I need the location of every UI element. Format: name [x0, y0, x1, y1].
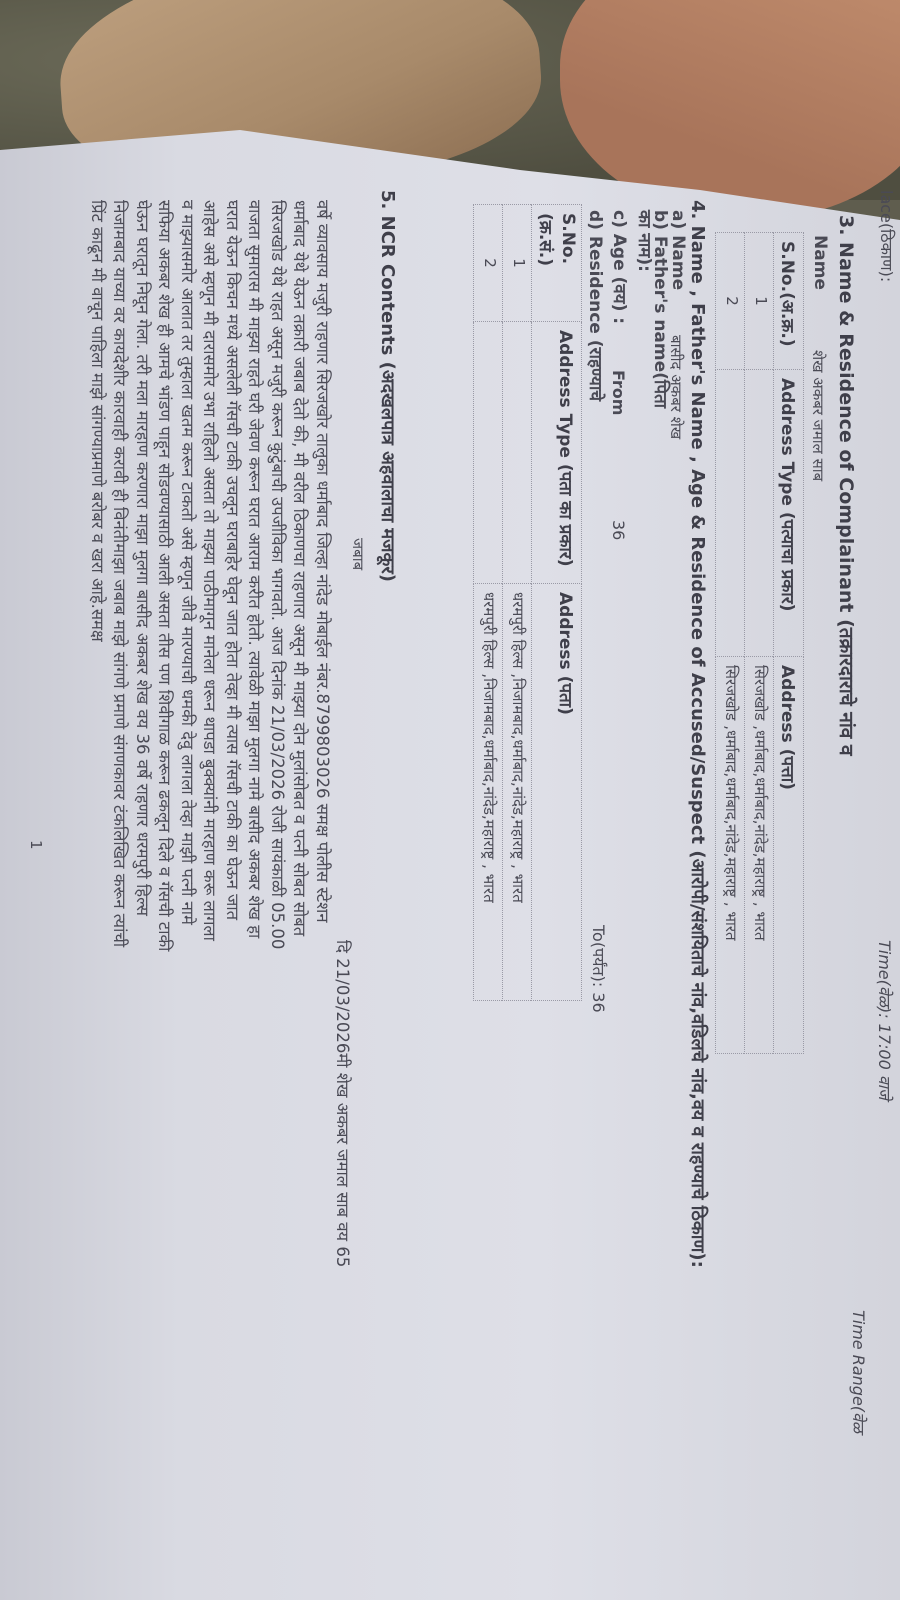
previous-place-label: lace(ठिकाण):	[876, 190, 898, 282]
column-header-sno: S.No.(अ.क्र.)	[774, 233, 804, 370]
cell-address-type	[716, 370, 745, 657]
statement-line: आहेस असे म्हणून मी दारासमोर उभा राहिलो अ…	[198, 200, 221, 951]
cell-sno: 2	[474, 205, 503, 322]
column-header-address: Address (पत्ता)	[774, 657, 804, 1054]
table-header-row: S.No.(अ.क्र.) Address Type (पत्याचा प्रक…	[774, 233, 804, 1054]
time-label: Time(वेळ): 17:00 वाजे	[874, 940, 896, 1100]
statement-line: प्रिंट काढून मी वाचून पाहिला माझे सांगण्…	[86, 200, 109, 951]
accused-name-label: a) Name	[668, 210, 688, 290]
column-header-address-type: Address Type (पत्याचा प्रकार)	[774, 370, 804, 657]
column-header-sno: S.No.(क्र.सं.)	[532, 205, 582, 322]
cell-sno: 1	[745, 233, 774, 370]
statement-line: वर्षे व्यावसाय मजुरी राहणार सिरजखोर तालु…	[311, 200, 334, 951]
time-range-label: Time Range(वेळ	[848, 1310, 870, 1433]
accused-residence-label: d) Residence (राहण्याचे	[585, 210, 608, 401]
complainant-section-title: 3. Name & Residence of Complainant (तक्र…	[834, 215, 860, 756]
cell-address-type	[474, 322, 503, 584]
table-row: 2 धरमपुरी हिल्स ,निजामबाद,धर्माबाद,नांदे…	[474, 205, 503, 1001]
cell-address-type	[745, 370, 774, 657]
cell-address: सिरजखोड ,धर्माबाद,धर्माबाद,नांदेड,महाराष…	[745, 657, 774, 1054]
complainant-name-value: शेख अकबर जमाल साब	[808, 350, 828, 481]
table-row: 1 धरमपुरी हिल्स ,निजामबाद,धर्माबाद,नांदे…	[503, 205, 532, 1001]
accused-section-title: 4. Name , Father's Name , Age & Residenc…	[686, 200, 710, 1268]
table-row: 1 सिरजखोड ,धर्माबाद,धर्माबाद,नांदेड,महार…	[745, 233, 774, 1054]
statement-line: व माझ्यासमोर आलात तर तुम्हाला खतम करून ट…	[176, 200, 199, 951]
page-number: 1	[27, 840, 45, 850]
cell-address: धरमपुरी हिल्स ,निजामबाद,धर्माबाद,नांदेड,…	[474, 584, 503, 1001]
statement-line: वाजता सुमारास मी माझ्या राहते घरी जेवण क…	[243, 200, 266, 951]
statement-line: धर्माबाद येथे येऊन तक्रारी जबाब देतो की,…	[288, 200, 311, 951]
ncr-statement: वर्षे व्यावसाय मजुरी राहणार सिरजखोर तालु…	[86, 200, 334, 951]
table-header-row: S.No.(क्र.सं.) Address Type (पता का प्रक…	[532, 205, 582, 1001]
cell-address: सिरजखोड ,धर्माबाद,धर्माबाद,नांदेड,महाराष…	[716, 657, 745, 1054]
statement-line: निजामबाद याच्या वर कायदेशीर कारवाही कराव…	[108, 200, 131, 951]
ncr-date-line: दि 21/03/2026मी शेख अकबर जमाल साब वय 65	[332, 940, 355, 1267]
age-to-label: To(पर्यंत): 36	[588, 925, 610, 1013]
rotated-document: lace(ठिकाण): Time(वेळ): 17:00 वाजे Time …	[0, 120, 900, 1600]
table-row: 2 सिरजखोड ,धर्माबाद,धर्माबाद,नांदेड,महार…	[716, 233, 745, 1054]
accused-father-name-label: b) Father's name(पिता का नाम):	[636, 210, 668, 420]
complainant-address-table: S.No.(अ.क्र.) Address Type (पत्याचा प्रक…	[715, 232, 804, 1054]
ncr-section-title: 5. NCR Contents (अदखलपात्र अहवालाचा मजकू…	[376, 190, 400, 582]
cell-sno: 2	[716, 233, 745, 370]
statement-line: सिरजखोड येथे राहत असून मजुरी करून कुटुंब…	[266, 200, 289, 951]
statement-line: सफिया अकबर शेख ही आमचे भांडण पाहून सोडवण…	[153, 200, 176, 951]
age-from-label: From	[609, 370, 628, 415]
ncr-sub-heading: जबाब	[348, 538, 368, 570]
age-from-value: 36	[609, 520, 628, 540]
cell-address: धरमपुरी हिल्स ,निजामबाद,धर्माबाद,नांदेड,…	[503, 584, 532, 1001]
complainant-name-label: Name	[810, 235, 830, 290]
statement-line: घेऊन घरातून निघून गेला. तरी मला मारहाण क…	[131, 200, 154, 951]
accused-address-table: S.No.(क्र.सं.) Address Type (पता का प्रक…	[473, 204, 582, 1001]
cell-address-type	[503, 322, 532, 584]
statement-line: घरात येऊन किचन मध्ये असलेली गॅसची टाकी उ…	[221, 200, 244, 951]
column-header-address-type: Address Type (पता का प्रकार)	[532, 322, 582, 584]
cell-sno: 1	[503, 205, 532, 322]
accused-age-label: c) Age (वय) :	[609, 210, 632, 324]
column-header-address: Address (पता)	[532, 584, 582, 1001]
